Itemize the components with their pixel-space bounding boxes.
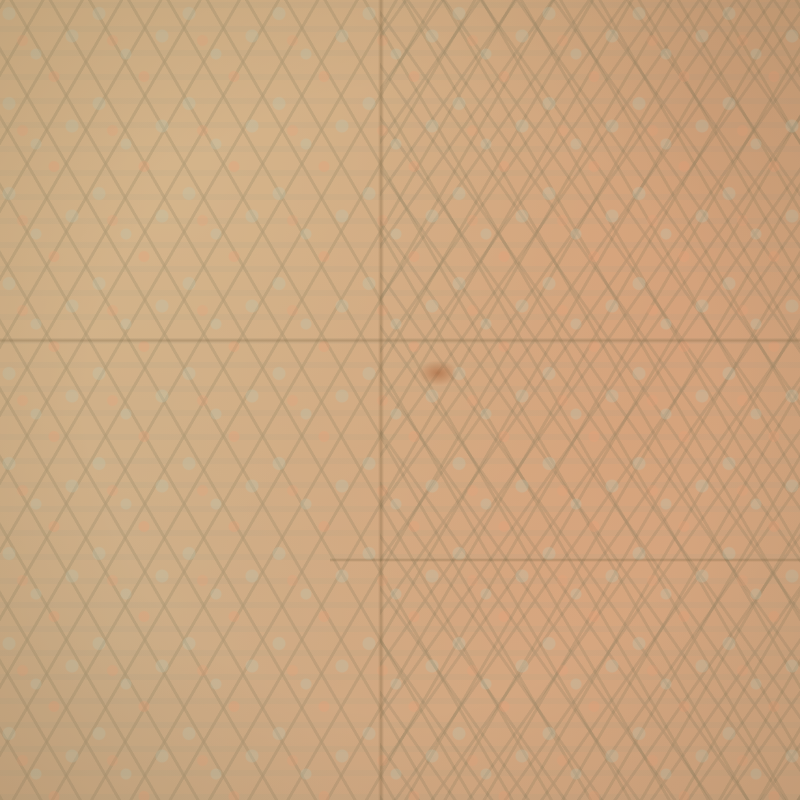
- rug-texture-photo: [0, 0, 800, 800]
- photo-vignette: [0, 0, 800, 800]
